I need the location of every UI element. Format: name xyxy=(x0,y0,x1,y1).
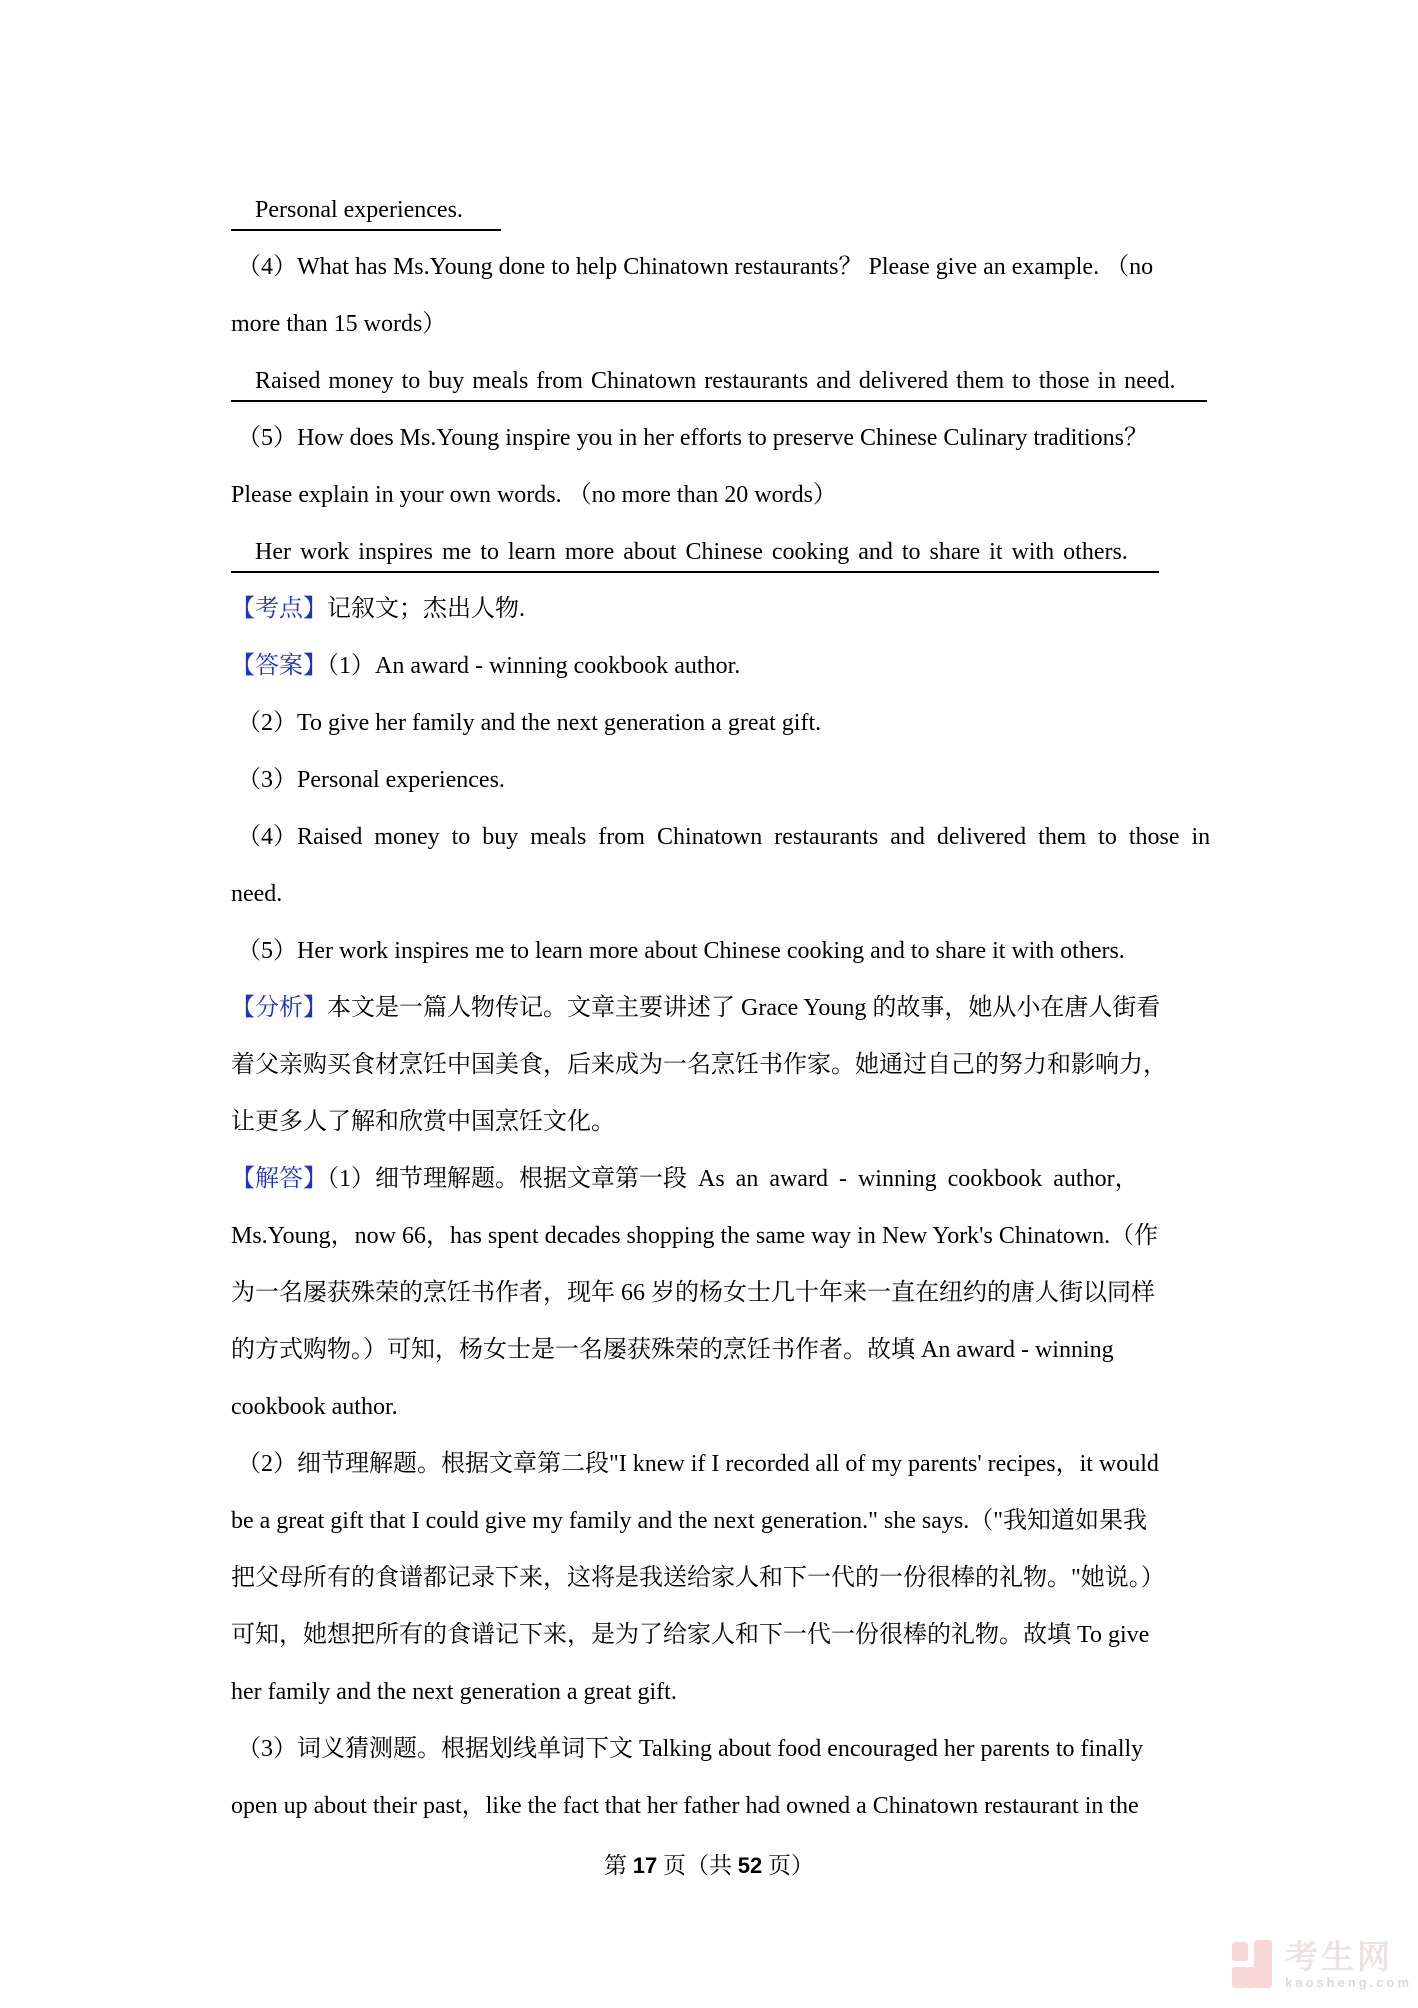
document-line: her family and the next generation a gre… xyxy=(231,1664,1207,1721)
document-line: 让更多人了解和欣赏中国烹饪文化。 xyxy=(231,1094,1207,1151)
page-footer: 第 17 页（共 52 页） xyxy=(0,1846,1418,1886)
answer-underline: Personal experiences. xyxy=(231,197,501,231)
line-text: cookbook author. xyxy=(231,1394,398,1420)
document-line: 着父亲购买食材烹饪中国美食，后来成为一名烹饪书作家。她通过自己的努力和影响力， xyxy=(231,1037,1207,1094)
line-text: 的方式购物。）可知，杨女士是一名屡获殊荣的烹饪书作者。故填 An award -… xyxy=(231,1337,1114,1363)
document-line: Ms.Young，now 66，has spent decades shoppi… xyxy=(231,1208,1207,1265)
line-text: open up about their past，like the fact t… xyxy=(231,1793,1139,1819)
total-pages: 52 xyxy=(738,1853,762,1878)
document-line: cookbook author. xyxy=(231,1379,1207,1436)
footer-text-suffix: 页） xyxy=(762,1853,814,1878)
section-label: 【解答】 xyxy=(231,1166,327,1192)
line-text: Her work inspires me to learn more about… xyxy=(255,539,1128,565)
line-text: need. xyxy=(231,881,282,907)
document-line: 【答案】（1）An award - winning cookbook autho… xyxy=(231,638,1207,695)
watermark-brand-name: 考生网 xyxy=(1285,1940,1412,1973)
document-line: 【解答】（1）细节理解题。根据文章第一段 As an award - winni… xyxy=(231,1151,1207,1208)
document-line: Personal experiences. xyxy=(231,182,1207,239)
answer-underline: Raised money to buy meals from Chinatown… xyxy=(231,368,1207,402)
line-text: （1）An award - winning cookbook author. xyxy=(327,653,740,679)
document-line: （2）细节理解题。根据文章第二段"I knew if I recorded al… xyxy=(231,1436,1207,1493)
line-text: （4）Raised money to buy meals from Chinat… xyxy=(237,824,1210,850)
line-text: （3）词义猜测题。根据划线单词下文 Talking about food enc… xyxy=(237,1736,1143,1762)
line-text: be a great gift that I could give my fam… xyxy=(231,1508,1147,1534)
section-label: 【答案】 xyxy=(231,653,327,679)
line-text: 记叙文；杰出人物. xyxy=(327,596,525,622)
document-line: 把父母所有的食谱都记录下来，这将是我送给家人和下一代的一份很棒的礼物。"她说。） xyxy=(231,1550,1207,1607)
line-text: （5）Her work inspires me to learn more ab… xyxy=(237,938,1125,964)
line-text: 着父亲购买食材烹饪中国美食，后来成为一名烹饪书作家。她通过自己的努力和影响力， xyxy=(231,1052,1167,1078)
line-text: 为一名屡获殊荣的烹饪书作者，现年 66 岁的杨女士几十年来一直在纽约的唐人街以同… xyxy=(231,1280,1155,1306)
document-line: 的方式购物。）可知，杨女士是一名屡获殊荣的烹饪书作者。故填 An award -… xyxy=(231,1322,1207,1379)
document-line: （4）Raised money to buy meals from Chinat… xyxy=(231,809,1207,866)
watermark-text: 考生网 kaosheng.com xyxy=(1285,1940,1412,1989)
line-text: Raised money to buy meals from Chinatown… xyxy=(255,368,1175,394)
document-line: 为一名屡获殊荣的烹饪书作者，现年 66 岁的杨女士几十年来一直在纽约的唐人街以同… xyxy=(231,1265,1207,1322)
document-line: （3）Personal experiences. xyxy=(231,752,1207,809)
line-text: （4）What has Ms.Young done to help Chinat… xyxy=(237,254,1153,280)
document-line: Raised money to buy meals from Chinatown… xyxy=(231,353,1207,410)
document-body: Personal experiences.（4）What has Ms.Youn… xyxy=(231,182,1207,1835)
document-line: （5）Her work inspires me to learn more ab… xyxy=(231,923,1207,980)
line-text: 本文是一篇人物传记。文章主要讲述了 Grace Young 的故事，她从小在唐人… xyxy=(327,995,1160,1021)
watermark: 考生网 kaosheng.com xyxy=(1232,1940,1412,1989)
document-line: （4）What has Ms.Young done to help Chinat… xyxy=(231,239,1207,296)
section-label: 【分析】 xyxy=(231,995,327,1021)
line-text: Ms.Young，now 66，has spent decades shoppi… xyxy=(231,1223,1158,1249)
line-text: more than 15 words） xyxy=(231,311,446,337)
watermark-domain: kaosheng.com xyxy=(1285,1976,1412,1989)
document-line: 【考点】记叙文；杰出人物. xyxy=(231,581,1207,638)
document-line: need. xyxy=(231,866,1207,923)
line-text: 把父母所有的食谱都记录下来，这将是我送给家人和下一代的一份很棒的礼物。"她说。） xyxy=(231,1565,1165,1591)
document-line: 【分析】本文是一篇人物传记。文章主要讲述了 Grace Young 的故事，她从… xyxy=(231,980,1207,1037)
kaosheng-logo-icon xyxy=(1232,1940,1274,1988)
footer-text-middle: 页（共 xyxy=(657,1853,738,1878)
answer-underline: Her work inspires me to learn more about… xyxy=(231,539,1159,573)
document-line: Her work inspires me to learn more about… xyxy=(231,524,1207,581)
document-line: Please explain in your own words. （no mo… xyxy=(231,467,1207,524)
document-line: （2）To give her family and the next gener… xyxy=(231,695,1207,752)
line-text: （3）Personal experiences. xyxy=(237,767,505,793)
document-line: 可知，她想把所有的食谱记下来，是为了给家人和下一代一份很棒的礼物。故填 To g… xyxy=(231,1607,1207,1664)
line-text: Personal experiences. xyxy=(255,197,463,223)
line-text: （2）细节理解题。根据文章第二段"I knew if I recorded al… xyxy=(237,1451,1159,1477)
line-text: （1）细节理解题。根据文章第一段 As an award - winning c… xyxy=(327,1166,1139,1192)
line-text: her family and the next generation a gre… xyxy=(231,1679,677,1705)
document-line: more than 15 words） xyxy=(231,296,1207,353)
document-line: be a great gift that I could give my fam… xyxy=(231,1493,1207,1550)
line-text: 可知，她想把所有的食谱记下来，是为了给家人和下一代一份很棒的礼物。故填 To g… xyxy=(231,1622,1149,1648)
line-text: 让更多人了解和欣赏中国烹饪文化。 xyxy=(231,1109,615,1135)
document-page: Personal experiences.（4）What has Ms.Youn… xyxy=(0,0,1418,2008)
footer-text-prefix: 第 xyxy=(604,1853,633,1878)
document-line: （3）词义猜测题。根据划线单词下文 Talking about food enc… xyxy=(231,1721,1207,1778)
line-text: （2）To give her family and the next gener… xyxy=(237,710,821,736)
section-label: 【考点】 xyxy=(231,596,327,622)
line-text: Please explain in your own words. （no mo… xyxy=(231,482,837,508)
document-line: （5）How does Ms.Young inspire you in her … xyxy=(231,410,1207,467)
page-number: 17 xyxy=(633,1853,657,1878)
document-line: open up about their past，like the fact t… xyxy=(231,1778,1207,1835)
line-text: （5）How does Ms.Young inspire you in her … xyxy=(237,425,1148,451)
